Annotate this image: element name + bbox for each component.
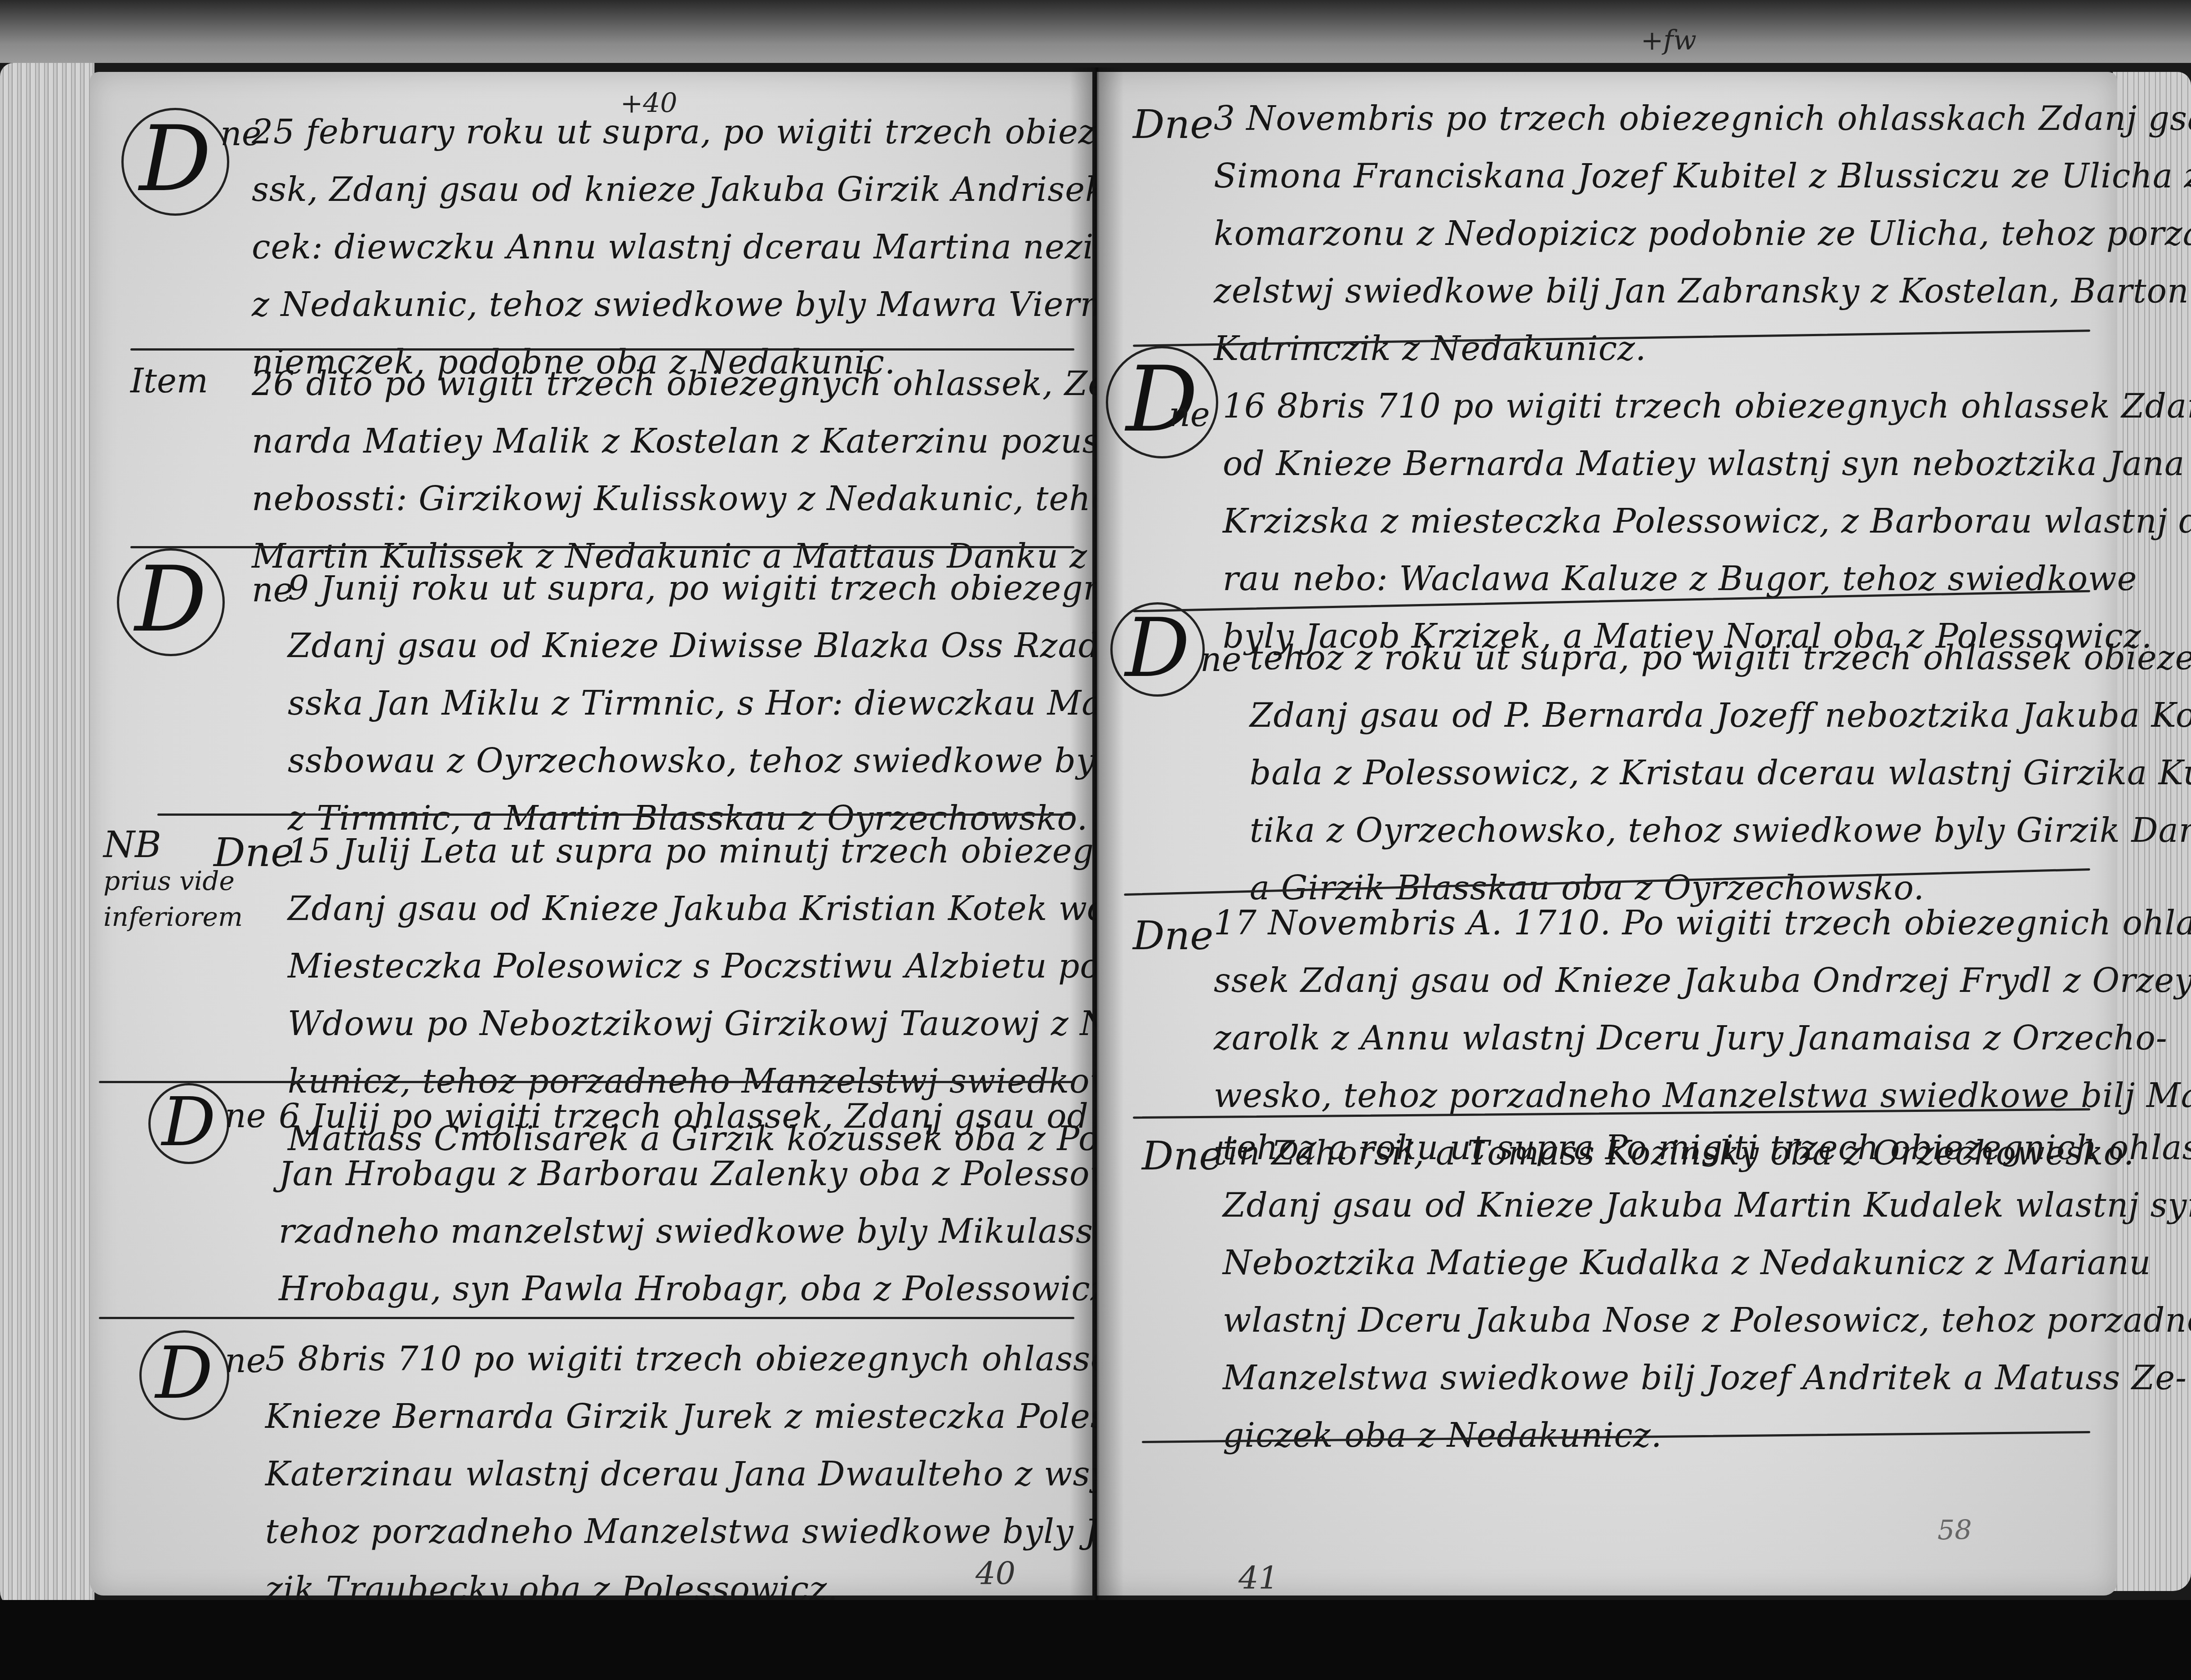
entry-line: Katrinczik z Nedakunicz.: [1214, 320, 2191, 378]
entry-divider: [130, 348, 1074, 351]
entry-line: zarolk z Annu wlastnj Dceru Jury Janamai…: [1214, 1009, 2191, 1067]
page-number-right: 41: [1238, 1560, 1278, 1596]
entry-line: Simona Franciskana Jozef Kubitel z Bluss…: [1214, 147, 2191, 205]
entry-line: ssek Zdanj gsau od Knieze Jakuba Ondrzej…: [1214, 952, 2191, 1009]
entry-line: bala z Polessowicz, z Kristau dcerau wla…: [1250, 744, 2191, 802]
book-cover-top: [0, 0, 2191, 63]
entry-prefix: Dne: [1133, 912, 1213, 959]
folio-number: 58: [1937, 1515, 1972, 1546]
entry-divider: [99, 1317, 1074, 1319]
book-gutter: [1070, 67, 1124, 1604]
entry-line: tehoz z roku ut supra, po wigiti trzech …: [1250, 629, 2191, 687]
entry-prefix: ne: [225, 1342, 266, 1380]
entry-line: 3 Novembris po trzech obiezegnich ohlass…: [1214, 90, 2191, 147]
margin-note-line: inferiorem: [103, 899, 243, 935]
entry-prefix: ne: [1200, 640, 1241, 679]
entry-prefix: ne: [1169, 396, 1210, 434]
register-entry: 16 8bris 710 po wigiti trzech obiezegnyc…: [1223, 378, 2191, 665]
entry-line: od Knieze Bernarda Matiey wlastnj syn ne…: [1223, 435, 2191, 493]
page-edges-left: [0, 63, 94, 1609]
entry-divider: [99, 1081, 1074, 1083]
entry-prefix: Item: [130, 362, 208, 400]
register-entry: tehoz z roku ut supra, po wigiti trzech …: [1250, 629, 2191, 917]
decorated-initial-d: D: [1110, 602, 1205, 697]
entry-line: tika z Oyrzechowsko, tehoz swiedkowe byl…: [1250, 802, 2191, 859]
entry-prefix: Dne: [214, 829, 294, 876]
decorated-initial-d: D: [139, 1330, 229, 1420]
decorated-initial-d: D: [121, 108, 229, 216]
entry-line: wlastnj Dceru Jakuba Nose z Polesowicz, …: [1223, 1292, 2191, 1349]
page-number-left: 40: [975, 1555, 1015, 1592]
entry-line: tehoz a roku ut supra Po migiti trzech o…: [1223, 1119, 2191, 1177]
entry-prefix: ne: [225, 1097, 266, 1135]
entry-prefix: Dne: [1133, 101, 1213, 147]
entry-prefix: Dne: [1142, 1133, 1222, 1179]
entry-line: Neboztzika Matiege Kudalka z Nedakunicz …: [1223, 1234, 2191, 1292]
register-entry: tehoz a roku ut supra Po migiti trzech o…: [1223, 1119, 2191, 1464]
entry-divider: [157, 813, 1074, 816]
entry-line: Zdanj gsau od P. Bernarda Jozeff neboztz…: [1250, 687, 2191, 744]
register-entry: 3 Novembris po trzech obiezegnich ohlass…: [1214, 90, 2191, 378]
decorated-initial-d: D: [148, 1083, 229, 1164]
entry-line: zelstwj swiedkowe bilj Jan Zabransky z K…: [1214, 262, 2191, 320]
entry-prefix: ne: [252, 571, 293, 609]
decorated-initial-d: D: [117, 548, 225, 656]
entry-line: 16 8bris 710 po wigiti trzech obiezegnyc…: [1223, 378, 2191, 435]
entry-line: Zdanj gsau od Knieze Jakuba Martin Kudal…: [1223, 1177, 2191, 1234]
entry-line: 17 Novembris A. 1710. Po wigiti trzech o…: [1214, 894, 2191, 952]
entry-line: Krzizska z miesteczka Polessowicz, z Bar…: [1223, 493, 2191, 550]
top-annotation: +fw: [1641, 25, 1697, 56]
entry-line: Manzelstwa swiedkowe bilj Jozef Andritek…: [1223, 1349, 2191, 1407]
entry-line: komarzonu z Nedopizicz podobnie ze Ulich…: [1214, 205, 2191, 262]
entry-divider: [130, 546, 1074, 548]
scan-background: [0, 1600, 2191, 1680]
